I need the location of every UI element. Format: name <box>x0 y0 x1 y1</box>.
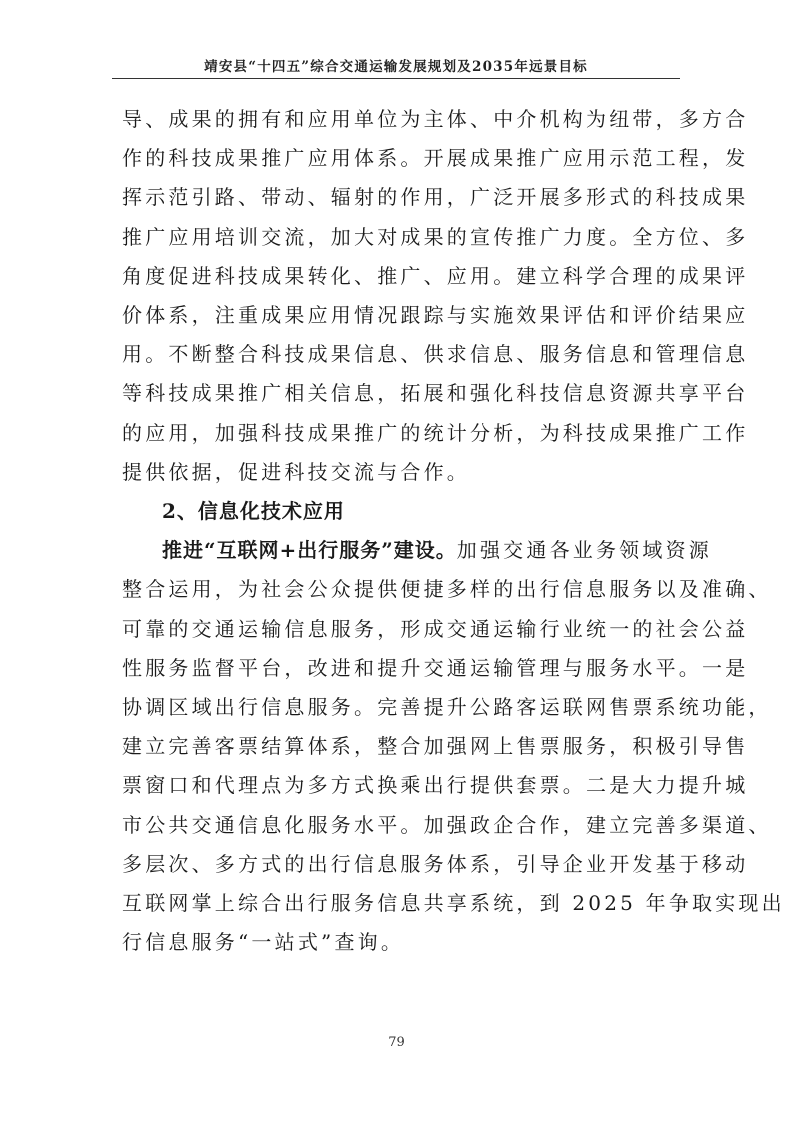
text-line: 可靠的交通运输信息服务，形成交通运输行业统一的社会公益 <box>122 610 675 649</box>
text-line: 角度促进科技成果转化、推广、应用。建立科学合理的成果评 <box>122 257 675 296</box>
text-line: 性服务监督平台，改进和提升交通运输管理与服务水平。一是 <box>122 649 675 688</box>
section-heading: 2、信息化技术应用 <box>122 492 675 531</box>
text-line: 市公共交通信息化服务水平。加强政企合作，建立完善多渠道、 <box>122 806 675 845</box>
text-line: 导、成果的拥有和应用单位为主体、中介机构为纽带，多方合 <box>122 100 675 139</box>
text-line: 互联网掌上综合出行服务信息共享系统，到 2025 年争取实现出 <box>122 884 675 923</box>
text-line: 建立完善客票结算体系，整合加强网上售票服务，积极引导售 <box>122 727 675 766</box>
page-number: 79 <box>0 1035 793 1050</box>
paragraph-lead-bold: 推进“互联网+出行服务”建设。 <box>162 538 457 562</box>
text-line: 协调区域出行信息服务。完善提升公路客运联网售票系统功能， <box>122 688 675 727</box>
text-line: 行信息服务“一站式”查询。 <box>122 923 675 962</box>
text-line: 作的科技成果推广应用体系。开展成果推广应用示范工程，发 <box>122 139 675 178</box>
text-line: 提供依据，促进科技交流与合作。 <box>122 453 675 492</box>
text-line: 用。不断整合科技成果信息、供求信息、服务信息和管理信息 <box>122 335 675 374</box>
text-run: 加强交通各业务领域资源 <box>457 538 712 562</box>
paragraph-internet-travel-service: 推进“互联网+出行服务”建设。加强交通各业务领域资源 整合运用，为社会公众提供便… <box>122 531 675 962</box>
page-content: 导、成果的拥有和应用单位为主体、中介机构为纽带，多方合 作的科技成果推广应用体系… <box>122 100 675 962</box>
document-title: 靖安县“十四五”综合交通运输发展规划及2035年远景目标 <box>204 59 588 75</box>
text-line: 推广应用培训交流，加大对成果的宣传推广力度。全方位、多 <box>122 218 675 257</box>
paragraph-tech-promotion: 导、成果的拥有和应用单位为主体、中介机构为纽带，多方合 作的科技成果推广应用体系… <box>122 100 675 492</box>
page-header: 靖安县“十四五”综合交通运输发展规划及2035年远景目标 <box>112 58 680 79</box>
text-line: 票窗口和代理点为多方式换乘出行提供套票。二是大力提升城 <box>122 766 675 805</box>
text-line: 整合运用，为社会公众提供便捷多样的出行信息服务以及准确、 <box>122 570 675 609</box>
text-line: 价体系，注重成果应用情况跟踪与实施效果评估和评价结果应 <box>122 296 675 335</box>
text-line-first: 推进“互联网+出行服务”建设。加强交通各业务领域资源 <box>122 531 675 570</box>
text-line: 的应用，加强科技成果推广的统计分析，为科技成果推广工作 <box>122 414 675 453</box>
text-line: 等科技成果推广相关信息，拓展和强化科技信息资源共享平台 <box>122 374 675 413</box>
text-line: 多层次、多方式的出行信息服务体系，引导企业开发基于移动 <box>122 845 675 884</box>
text-line: 挥示范引路、带动、辐射的作用，广泛开展多形式的科技成果 <box>122 178 675 217</box>
